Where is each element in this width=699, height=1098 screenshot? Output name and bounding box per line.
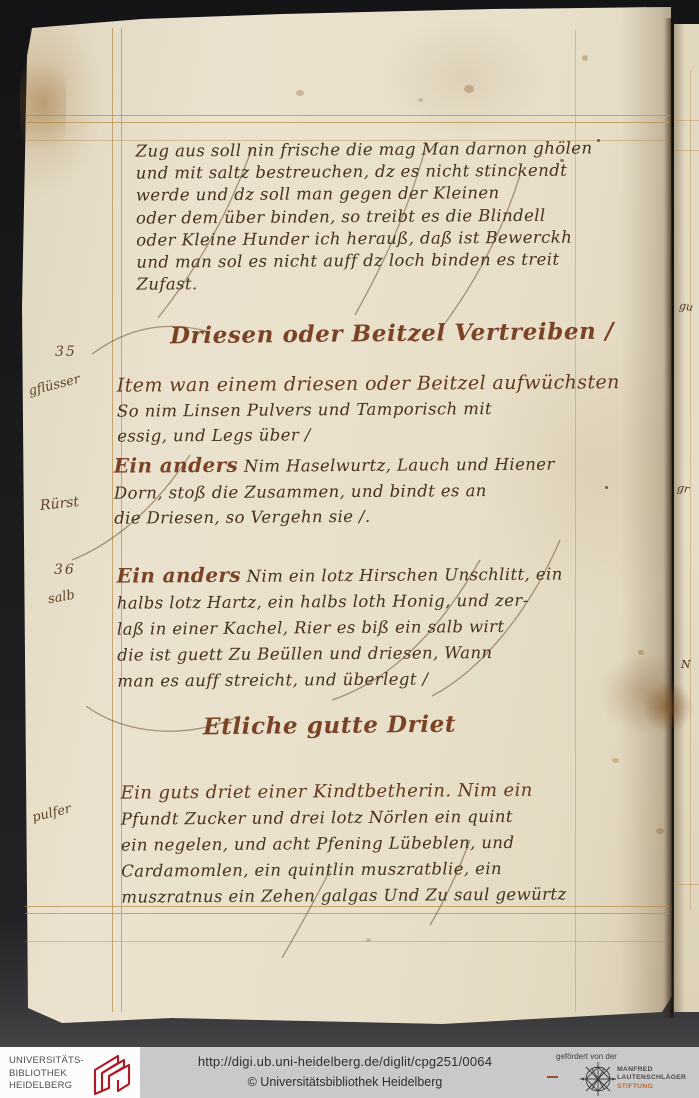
copyright-text: © Universitätsbibliothek Heidelberg	[150, 1075, 540, 1089]
section-heading: Etliche gutte Driet	[203, 711, 456, 741]
text-line: Nim ein lotz Hirschen Unschlitt, ein	[241, 565, 563, 586]
footer-center-text: http://digi.ub.uni-heidelberg.de/diglit/…	[150, 1054, 540, 1089]
text-line: oder dem über binden, so treibt es die B…	[136, 204, 611, 230]
paragraph: Item wan einem driesen oder Beitzel aufw…	[117, 370, 593, 448]
text-line: So nim Linsen Pulvers und Tamporisch mit	[117, 395, 592, 423]
manuscript-photo: Zug aus soll nin frische die mag Man dar…	[0, 0, 699, 1047]
library-name-line: HEIDELBERG	[9, 1080, 84, 1093]
text-line: Item wan einem driesen oder Beitzel aufw…	[117, 370, 592, 398]
foxing-spot	[612, 758, 619, 763]
page-crease-shadow	[664, 18, 674, 1018]
digitized-manuscript-viewer: Zug aus soll nin frische die mag Man dar…	[0, 0, 699, 1098]
large-stain	[642, 682, 694, 732]
ink-speck	[560, 159, 564, 162]
ruling-line	[676, 884, 699, 885]
ruling-line	[25, 115, 670, 116]
paragraph: Ein guts driet einer Kindtbetherin. Nim …	[121, 777, 597, 910]
next-page-text-fragment: gr	[676, 481, 690, 496]
text-line: werde und dz soll man gegen der Kleinen	[136, 182, 611, 208]
paragraph: Zug aus soll nin frische die mag Man dar…	[135, 137, 611, 296]
text-line: Zufast.	[136, 271, 611, 297]
text-line: die ist guett Zu Beüllen und driesen, Wa…	[117, 639, 592, 668]
text-line: laß in einer Kachel, Rier es biß ein sal…	[117, 613, 592, 642]
text-line: Cardamomlen, ein quintlin muszratblie, e…	[121, 855, 596, 884]
next-page-text-fragment: gu	[678, 299, 694, 314]
margin-note: 36	[54, 562, 76, 578]
text-line: muszratnus ein Zehen galgas Und Zu saul …	[121, 881, 596, 910]
next-page-edge	[674, 24, 699, 1012]
ruling-line	[676, 120, 699, 121]
ink-speck	[605, 486, 608, 489]
text-line: man es auff streicht, und überlegt /	[117, 665, 592, 694]
text-line: Ein anders Nim ein lotz Hirschen Unschli…	[117, 559, 592, 590]
text-line: Pfundt Zucker und drei lotz Nörlen ein q…	[121, 803, 596, 832]
large-stain	[20, 45, 66, 165]
compass-rose-icon	[579, 1060, 617, 1098]
open-books-icon	[88, 1050, 136, 1096]
text-line: Ein guts driet einer Kindtbetherin. Nim …	[121, 777, 596, 806]
foxing-spot	[638, 650, 644, 655]
sponsor-name: MANFRED LAUTENSCHLÄGER STIFTUNG	[617, 1066, 686, 1091]
sponsor-name-line: LAUTENSCHLÄGER	[617, 1074, 686, 1082]
ruling-line	[25, 941, 670, 942]
foxing-spot	[296, 90, 304, 96]
foxing-spot	[656, 828, 664, 834]
margin-note: 35	[55, 344, 77, 360]
ink-speck	[597, 139, 600, 142]
sponsor-dash	[547, 1076, 558, 1078]
text-line: und mit saltz bestreuchen, dz es nicht s…	[136, 160, 611, 186]
paragraph: Ein anders Nim Haselwurtz, Lauch und Hie…	[114, 450, 590, 531]
text-line: die Driesen, so Vergehn sie /.	[114, 502, 589, 531]
document-url[interactable]: http://digi.ub.uni-heidelberg.de/diglit/…	[150, 1054, 540, 1069]
library-name-line: UNIVERSITÄTS-	[9, 1055, 84, 1068]
paragraph-lead: Ein anders	[114, 453, 239, 478]
text-line: Ein anders Nim Haselwurtz, Lauch und Hie…	[114, 450, 589, 480]
ruling-line	[112, 28, 113, 1012]
library-logo-block: UNIVERSITÄTS- BIBLIOTHEK HEIDELBERG	[0, 1047, 140, 1098]
ruling-line	[25, 122, 670, 123]
section-heading: Driesen oder Beitzel Vertreiben /	[170, 318, 614, 350]
ruling-line	[676, 150, 699, 151]
sponsor-name-line: STIFTUNG	[617, 1083, 686, 1091]
library-name: UNIVERSITÄTS- BIBLIOTHEK HEIDELBERG	[9, 1055, 84, 1093]
library-name-line: BIBLIOTHEK	[9, 1068, 84, 1081]
foxing-spot	[418, 98, 423, 102]
foxing-spot	[582, 55, 588, 61]
text-line: Dorn, stoß die Zusammen, und bindt es an	[114, 477, 589, 506]
text-line: halbs lotz Hartz, ein halbs loth Honig, …	[117, 587, 592, 616]
paragraph-lead: Ein anders	[117, 563, 242, 588]
text-line: ein negelen, und acht Pfening Lübeblen, …	[121, 829, 596, 858]
next-page-text-fragment: N	[681, 658, 691, 671]
paragraph: Ein anders Nim ein lotz Hirschen Unschli…	[117, 559, 593, 694]
text-line: essig, und Legs über /	[117, 420, 592, 448]
foxing-spot	[366, 938, 371, 942]
text-line: Nim Haselwurtz, Lauch und Hiener	[238, 455, 555, 476]
text-line: Zug aus soll nin frische die mag Man dar…	[135, 137, 610, 163]
foxing-spot	[464, 85, 474, 93]
text-line: oder Kleine Hunder ich herauß, daß ist B…	[136, 226, 611, 252]
ruling-line	[690, 70, 691, 910]
text-line: und man sol es nicht auff dz loch binden…	[136, 248, 611, 274]
viewer-footer-bar: UNIVERSITÄTS- BIBLIOTHEK HEIDELBERG http…	[0, 1047, 699, 1098]
ruling-line	[25, 913, 670, 914]
